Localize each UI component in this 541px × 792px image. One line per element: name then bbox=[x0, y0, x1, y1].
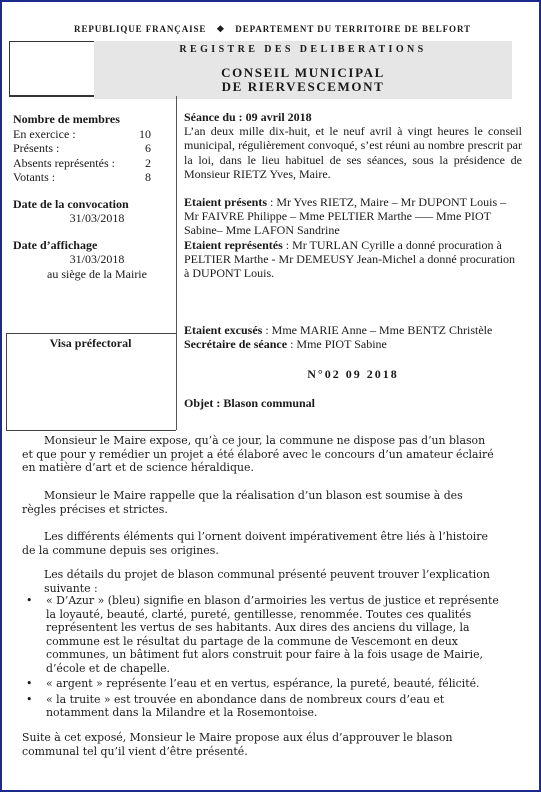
excuses-line: Etaient excusés : Mme MARIE Anne – Mme B… bbox=[184, 323, 522, 337]
body-paragraph: Les différents éléments qui l’ornent doi… bbox=[22, 530, 497, 557]
seance-title: Séance du : 09 avril 2018 bbox=[184, 110, 522, 124]
bullet-icon: • bbox=[22, 594, 46, 675]
secretaire-label: Secrétaire de séance bbox=[184, 337, 287, 351]
representes-line: Etaient représentés : Mr TURLAN Cyrille … bbox=[184, 238, 522, 281]
registre-title: REGISTRE DES DELIBERATIONS bbox=[94, 44, 512, 55]
membres-value: 2 bbox=[131, 156, 151, 171]
membres-row: Absents représentés :2 bbox=[13, 156, 173, 171]
affichage-lieu: au siège de la Mairie bbox=[13, 267, 173, 282]
document-page: REPUBLIQUE FRANÇAISE❖DEPARTEMENT DU TERR… bbox=[0, 0, 541, 792]
fleuron-icon: ❖ bbox=[216, 24, 225, 34]
deliberation-number: N°02 09 2018 bbox=[184, 367, 522, 382]
membres-value: 8 bbox=[131, 170, 151, 185]
membres-value: 6 bbox=[131, 141, 151, 156]
membres-row: Votants :8 bbox=[13, 170, 173, 185]
affichage-date: 31/03/2018 bbox=[13, 252, 173, 267]
bullet-icon: • bbox=[22, 677, 46, 691]
body-paragraph: Les détails du projet de blason communal… bbox=[22, 568, 499, 595]
membres-label: Absents représentés : bbox=[13, 156, 131, 171]
membres-title: Nombre de membres bbox=[13, 112, 173, 127]
presents-line: Etaient présents : Mr Yves RIETZ, Maire … bbox=[184, 195, 522, 238]
conclusion-paragraph: Suite à cet exposé, Monsieur le Maire pr… bbox=[22, 731, 500, 758]
attendance-block: Etaient présents : Mr Yves RIETZ, Maire … bbox=[184, 195, 522, 280]
membres-row: Présents :6 bbox=[13, 141, 173, 156]
conseil-title: CONSEIL MUNICIPAL DE RIERVESCEMONT bbox=[94, 66, 512, 94]
secretaire-text: : Mme PIOT Sabine bbox=[287, 337, 387, 351]
list-item: •« argent » représente l’eau et en vertu… bbox=[22, 677, 500, 691]
membres-label: Votants : bbox=[13, 170, 131, 185]
bullet-text: « la truite » est trouvée en abondance d… bbox=[46, 693, 500, 720]
conseil-line-1: CONSEIL MUNICIPAL bbox=[94, 66, 512, 80]
header-top-line: REPUBLIQUE FRANÇAISE❖DEPARTEMENT DU TERR… bbox=[2, 24, 541, 35]
stamp-box-border bbox=[9, 95, 94, 96]
bullet-text: « D’Azur » (bleu) signifie en blason d’a… bbox=[46, 594, 500, 675]
membres-row: En exercice :10 bbox=[13, 127, 173, 142]
republique-label: REPUBLIQUE FRANÇAISE bbox=[74, 24, 206, 34]
membres-label: Présents : bbox=[13, 141, 131, 156]
body-paragraph: Monsieur le Maire rappelle que la réalis… bbox=[22, 489, 497, 516]
excuses-label: Etaient excusés bbox=[184, 323, 262, 337]
convocation-title: Date de la convocation bbox=[13, 197, 173, 212]
membres-value: 10 bbox=[131, 127, 151, 142]
departement-label: DEPARTEMENT DU TERRITOIRE DE BELFORT bbox=[235, 24, 471, 34]
stamp-box bbox=[9, 41, 94, 97]
representes-label: Etaient représentés bbox=[184, 238, 283, 252]
membres-label: En exercice : bbox=[13, 127, 131, 142]
body-paragraph: Monsieur le Maire expose, qu’à ce jour, … bbox=[22, 434, 497, 475]
convocation-date: 31/03/2018 bbox=[13, 211, 173, 226]
column-divider bbox=[176, 96, 177, 430]
seance-block: Séance du : 09 avril 2018 L’an deux mill… bbox=[184, 110, 522, 181]
blason-bullets: •« D’Azur » (bleu) signifie en blason d’… bbox=[22, 594, 500, 722]
presents-label: Etaient présents bbox=[184, 195, 267, 209]
left-info-column: Nombre de membres En exercice :10 Présen… bbox=[13, 112, 173, 281]
bullet-text: « argent » représente l’eau et en vertus… bbox=[46, 677, 500, 691]
visa-label: Visa préfectoral bbox=[6, 336, 175, 351]
affichage-title: Date d’affichage bbox=[13, 238, 173, 253]
conseil-line-2: DE RIERVESCEMONT bbox=[94, 80, 512, 94]
objet-line: Objet : Blason communal bbox=[184, 396, 522, 410]
excuses-block: Etaient excusés : Mme MARIE Anne – Mme B… bbox=[184, 323, 522, 351]
secretaire-line: Secrétaire de séance : Mme PIOT Sabine bbox=[184, 337, 522, 351]
seance-text: L’an deux mille dix-huit, et le neuf avr… bbox=[184, 124, 522, 181]
excuses-text: : Mme MARIE Anne – Mme BENTZ Christèle bbox=[262, 323, 492, 337]
list-item: •« la truite » est trouvée en abondance … bbox=[22, 693, 500, 720]
bullet-icon: • bbox=[22, 693, 46, 720]
list-item: •« D’Azur » (bleu) signifie en blason d’… bbox=[22, 594, 500, 675]
